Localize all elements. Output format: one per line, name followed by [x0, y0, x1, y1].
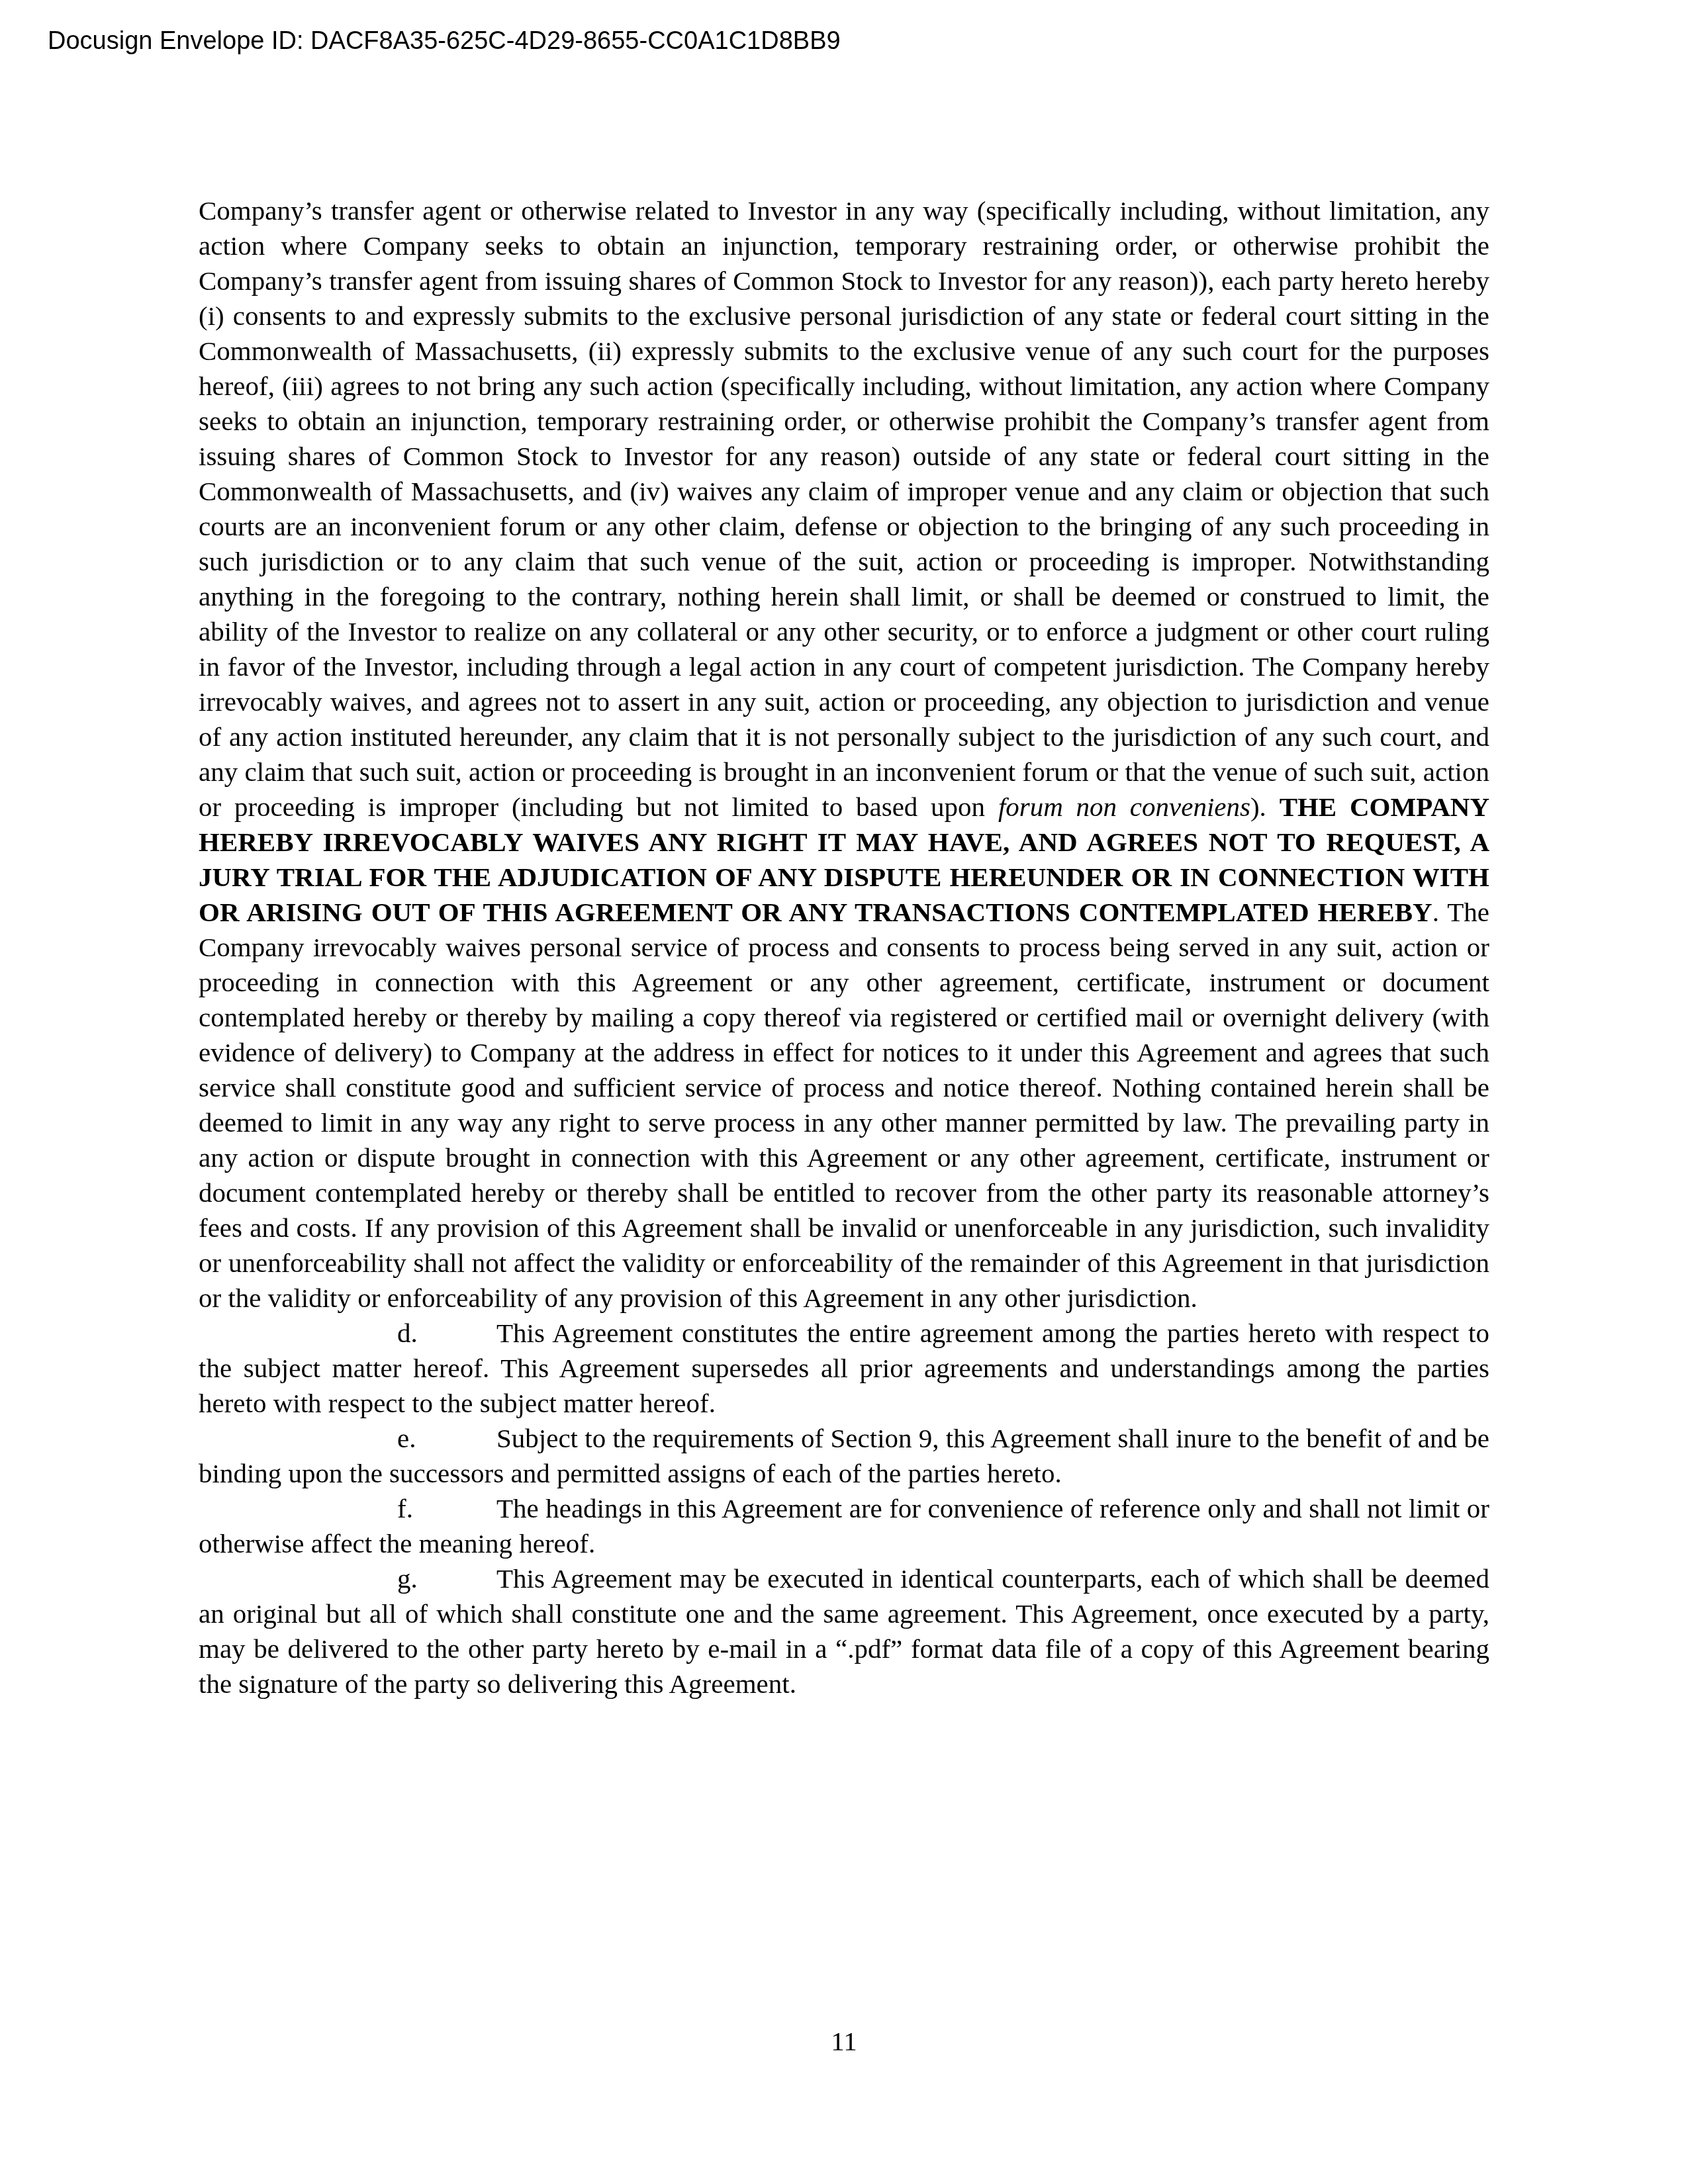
paragraph-d: d.This Agreement constitutes the entire …: [199, 1316, 1489, 1421]
paragraph-f-text: The headings in this Agreement are for c…: [199, 1493, 1489, 1559]
paragraph-f-label: f.: [397, 1491, 496, 1526]
docusign-envelope-id-header: Docusign Envelope ID: DACF8A35-625C-4D29…: [48, 26, 841, 56]
paragraph-e: e.Subject to the requirements of Section…: [199, 1421, 1489, 1491]
document-body: Company’s transfer agent or otherwise re…: [199, 193, 1489, 1702]
forum-non-conveniens-italic-phrase: forum non conveniens: [998, 792, 1250, 822]
text-segment: . The Company irrevocably waives persona…: [199, 897, 1489, 1313]
paragraph-d-label: d.: [397, 1316, 496, 1351]
paragraph-d-text: This Agreement constitutes the entire ag…: [199, 1318, 1489, 1418]
main-paragraph: Company’s transfer agent or otherwise re…: [199, 193, 1489, 1316]
paragraph-g: g.This Agreement may be executed in iden…: [199, 1561, 1489, 1702]
paragraph-f: f.The headings in this Agreement are for…: [199, 1491, 1489, 1561]
paragraph-e-label: e.: [397, 1421, 496, 1456]
page-number: 11: [0, 2024, 1688, 2059]
text-segment: ).: [1250, 792, 1280, 822]
text-segment: Company’s transfer agent or otherwise re…: [199, 195, 1489, 822]
paragraph-g-label: g.: [397, 1561, 496, 1596]
paragraph-g-text: This Agreement may be executed in identi…: [199, 1563, 1489, 1699]
paragraph-e-text: Subject to the requirements of Section 9…: [199, 1423, 1489, 1488]
